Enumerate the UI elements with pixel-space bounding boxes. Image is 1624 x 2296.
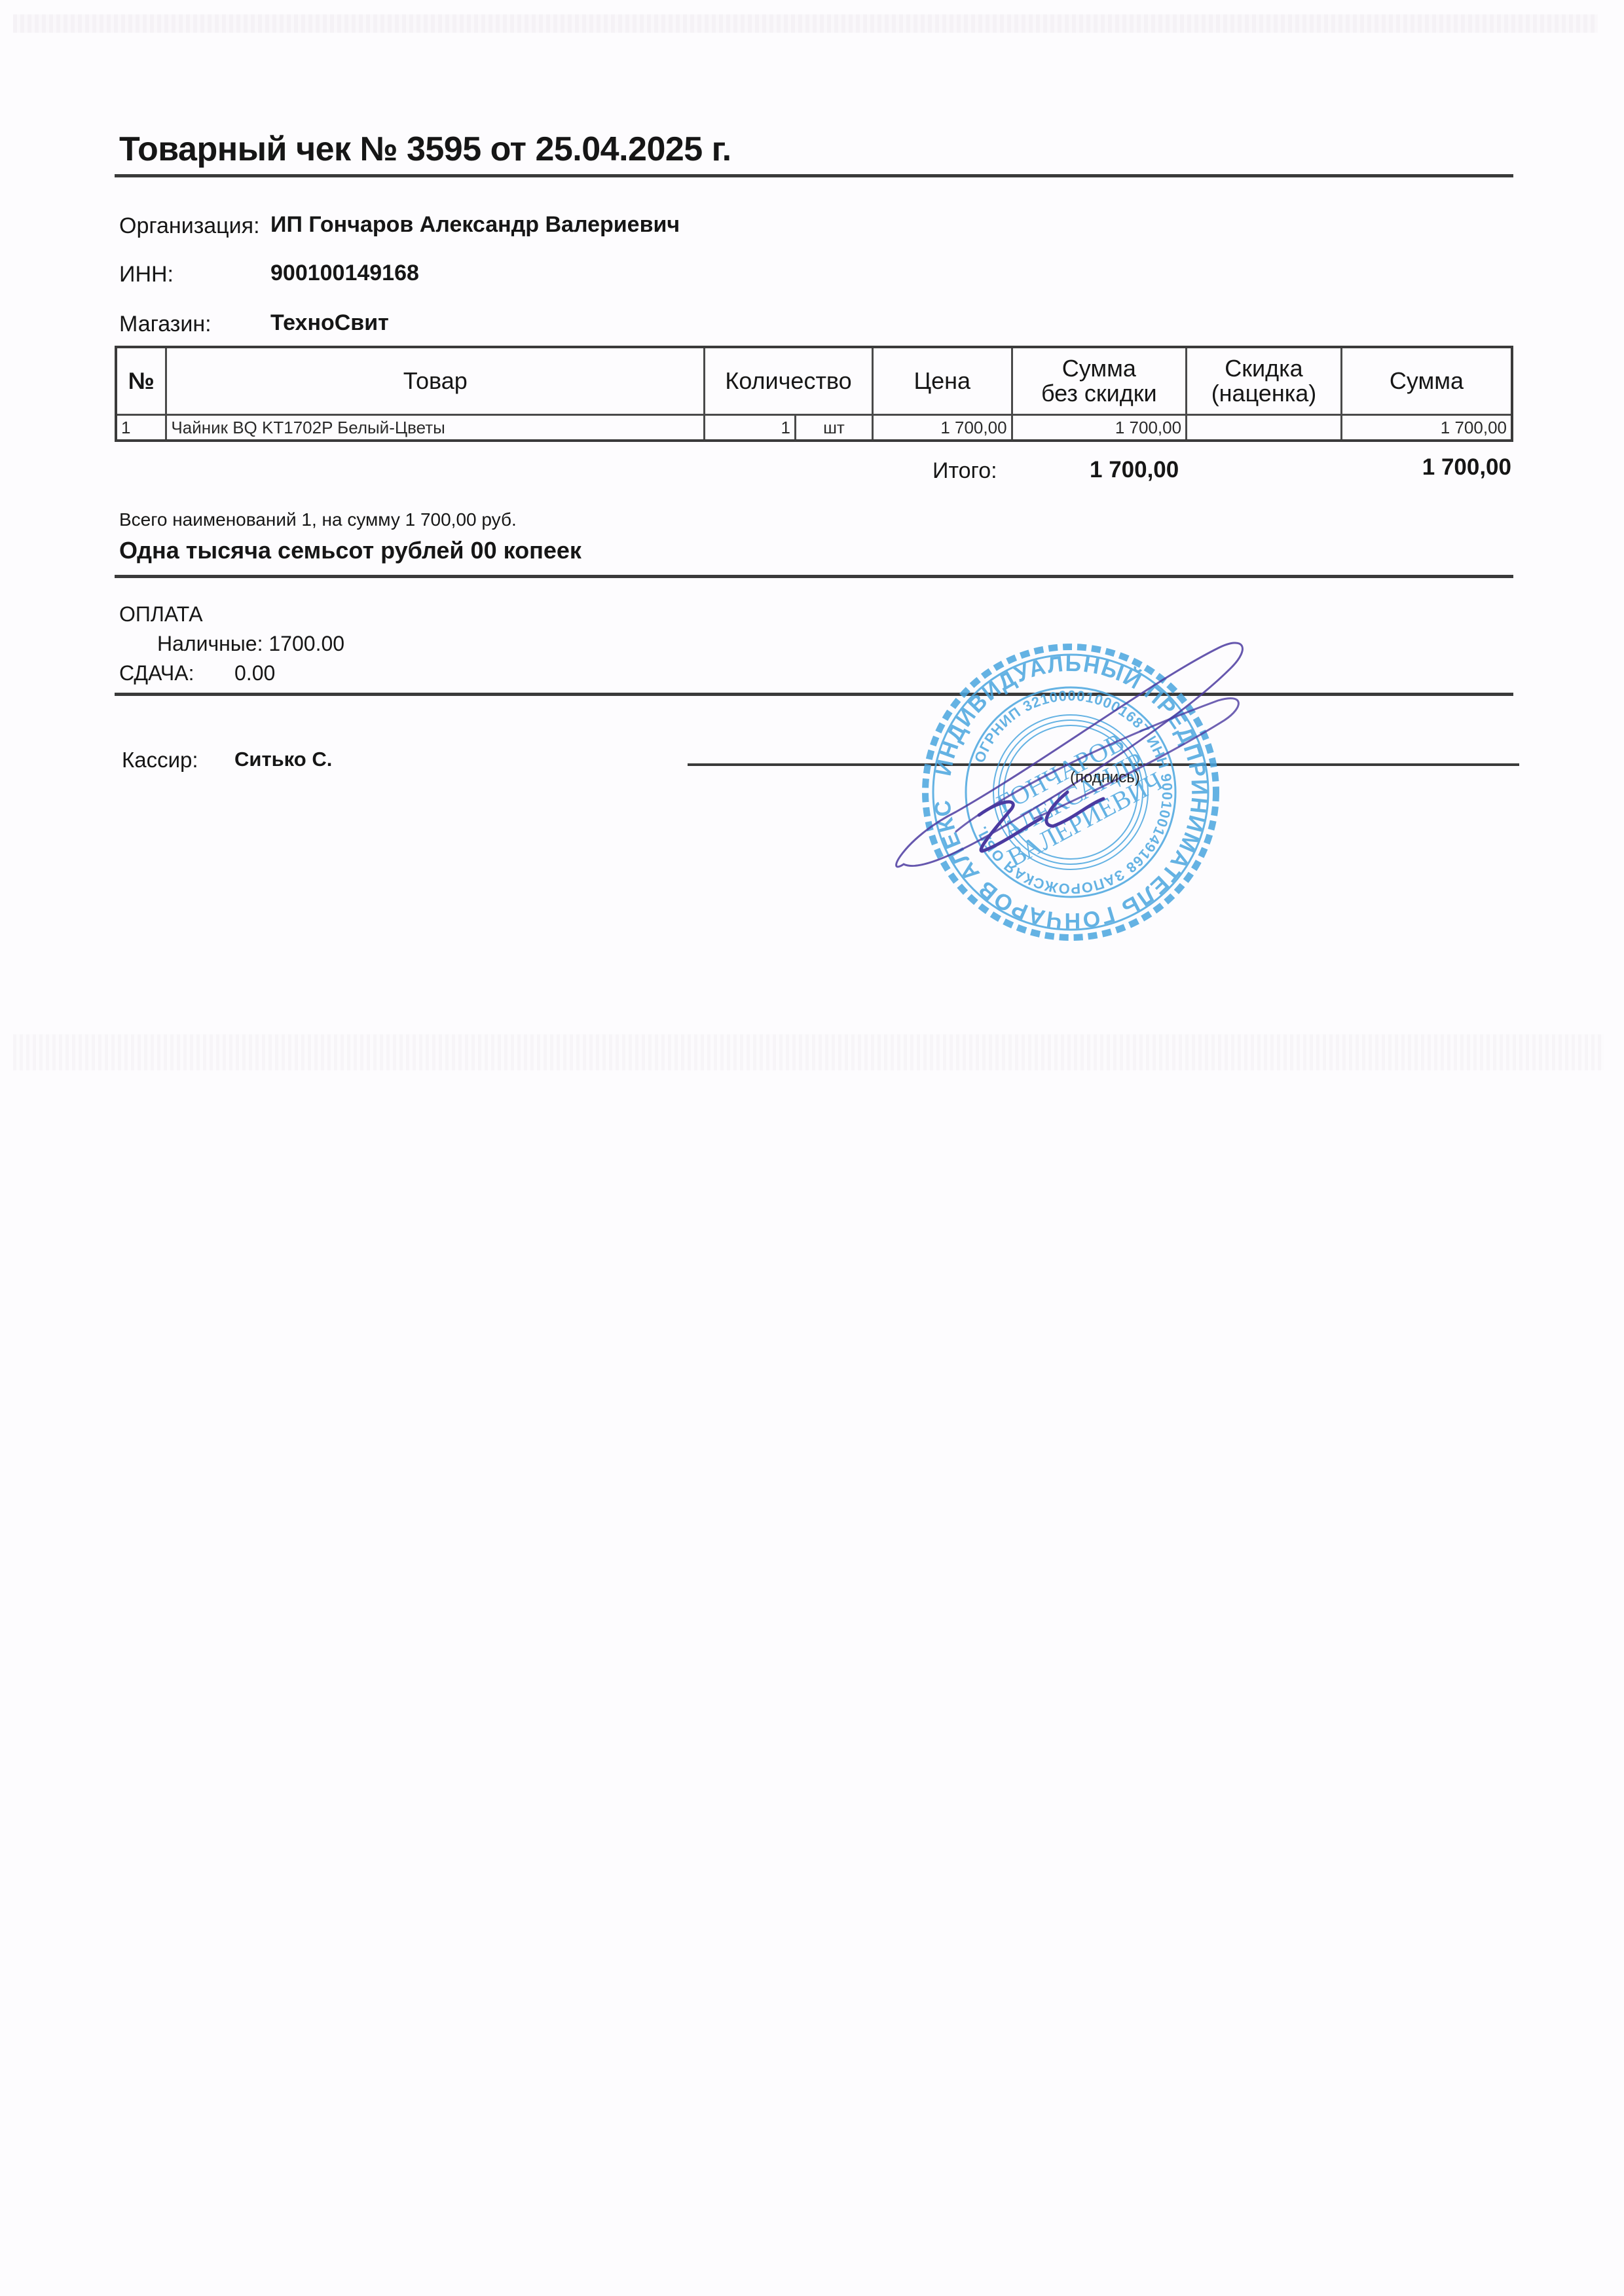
col-header-qty: Количество (705, 347, 873, 415)
col-header-item: Товар (166, 347, 705, 415)
cell-no: 1 (116, 415, 166, 441)
cashier-name: Ситько С. (234, 748, 332, 771)
table-row: 1 Чайник BQ KT1702P Белый-Цветы 1 шт 1 7… (116, 415, 1512, 441)
payment-bottom-divider (115, 693, 1513, 696)
col-header-no: № (116, 347, 166, 415)
col-header-price: Цена (872, 347, 1012, 415)
col-header-discount-line1: Скидка (1191, 356, 1337, 381)
table-header-row: № Товар Количество Цена Сумма без скидки… (116, 347, 1512, 415)
total-no-discount: 1 700,00 (1090, 457, 1179, 483)
total-sum: 1 700,00 (1422, 454, 1511, 481)
goods-table: № Товар Количество Цена Сумма без скидки… (115, 346, 1513, 442)
signature (877, 602, 1270, 903)
total-label: Итого: (932, 458, 997, 484)
payment-cash: Наличные: 1700.00 (157, 632, 344, 656)
title-underline (115, 174, 1513, 177)
col-header-sum-no-discount-line1: Сумма (1017, 356, 1182, 381)
org-label: Организация: (119, 213, 260, 239)
cashier-label: Кассир: (122, 748, 198, 773)
inn-value: 900100149168 (270, 261, 419, 286)
cell-qty: 1 (705, 415, 796, 441)
col-header-discount-line2: (наценка) (1191, 381, 1337, 406)
shop-label: Магазин: (119, 312, 212, 337)
change-label: СДАЧА: (119, 661, 194, 685)
col-header-sum: Сумма (1341, 347, 1512, 415)
cell-item: Чайник BQ KT1702P Белый-Цветы (166, 415, 705, 441)
shop-value: ТехноСвит (270, 310, 389, 336)
cell-price: 1 700,00 (872, 415, 1012, 441)
cell-sum-no-discount: 1 700,00 (1012, 415, 1187, 441)
scan-artifact-top (13, 14, 1598, 33)
items-summary: Всего наименований 1, на сумму 1 700,00 … (119, 509, 517, 530)
col-header-sum-no-discount: Сумма без скидки (1012, 347, 1187, 415)
cell-sum: 1 700,00 (1341, 415, 1512, 441)
col-header-sum-no-discount-line2: без скидки (1017, 381, 1182, 406)
change-value: 0.00 (234, 661, 275, 685)
inn-label: ИНН: (119, 262, 174, 287)
org-value: ИП Гончаров Александр Валериевич (270, 212, 680, 238)
payment-header: ОПЛАТА (119, 602, 203, 627)
sum-in-words: Одна тысяча семьсот рублей 00 копеек (119, 537, 581, 564)
cell-unit: шт (796, 415, 873, 441)
receipt-title: Товарный чек № 3595 от 25.04.2025 г. (119, 130, 731, 169)
col-header-discount: Скидка (наценка) (1187, 347, 1342, 415)
scan-artifact-band (13, 1034, 1604, 1070)
cell-discount (1187, 415, 1342, 441)
payment-top-divider (115, 575, 1513, 578)
signature-caption: (подпись) (1070, 769, 1140, 787)
